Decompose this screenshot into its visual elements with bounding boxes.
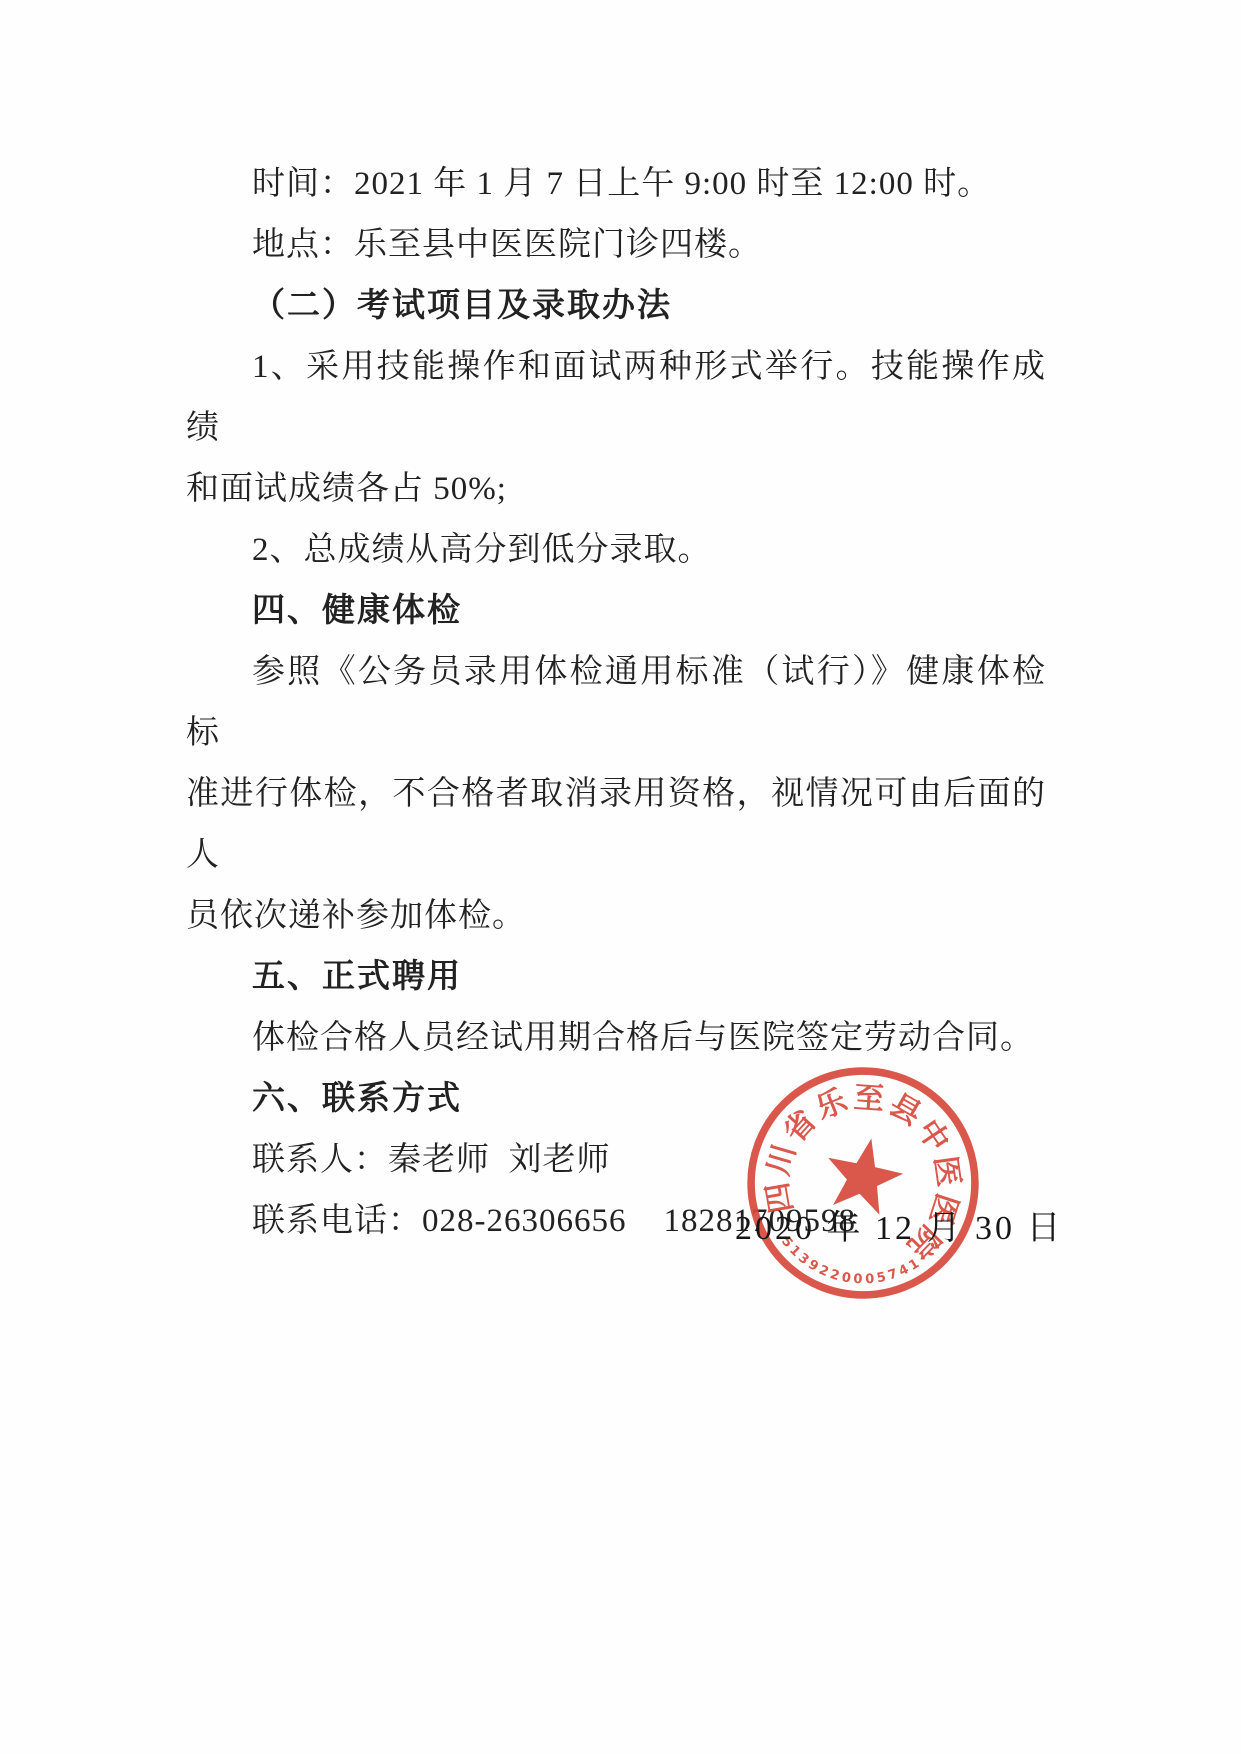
seal-code-digit: 0 (840, 1270, 852, 1286)
seal-ring-char: 中 (911, 1114, 956, 1158)
admission-rule-line: 2、总成绩从高分到低分录取。 (186, 520, 1046, 581)
exam-method-line-1: 1、采用技能操作和面试两种形式举行。技能操作成绩 (186, 337, 1046, 459)
seal-ring-char: 乐 (811, 1083, 852, 1126)
seal-ring-char: 至 (853, 1080, 886, 1116)
health-check-line-2: 准进行体检，不合格者取消录用资格，视情况可由后面的人 (186, 764, 1046, 886)
exam-method-line-2: 和面试成绩各占 50%; (186, 459, 1046, 520)
official-seal: 四川省乐至县中医医院 5139220005741 (742, 1062, 984, 1304)
seal-code-digit: 5 (876, 1270, 888, 1286)
employment-line: 体检合格人员经试用期合格后与医院签定劳动合同。 (186, 1008, 1046, 1069)
seal-ring-char: 医 (928, 1154, 966, 1189)
seal-ring-char: 川 (761, 1140, 802, 1178)
exam-location-line: 地点：乐至县中医医院门诊四楼。 (186, 215, 1046, 276)
document-page: 时间：2021 年 1 月 7 日上午 9:00 时至 12:00 时。 地点：… (0, 0, 1241, 1754)
health-check-line-3: 员依次递补参加体检。 (186, 886, 1046, 947)
issue-date: 2020 年 12 月 30 日 (735, 1200, 1064, 1249)
section-heading-exam-items: （二）考试项目及录取办法 (186, 276, 1046, 337)
seal-ring-char: 省 (777, 1104, 823, 1149)
health-check-line-1: 参照《公务员录用体检通用标准（试行）》健康体检标 (186, 642, 1046, 764)
seal-code-digit: 2 (828, 1267, 841, 1284)
section-heading-health-check: 四、健康体检 (186, 581, 1046, 642)
section-heading-employment: 五、正式聘用 (186, 947, 1046, 1008)
seal-code-digit: 0 (853, 1272, 863, 1287)
seal-code-digit: 0 (865, 1272, 875, 1288)
exam-time-line: 时间：2021 年 1 月 7 日上午 9:00 时至 12:00 时。 (186, 154, 1046, 215)
